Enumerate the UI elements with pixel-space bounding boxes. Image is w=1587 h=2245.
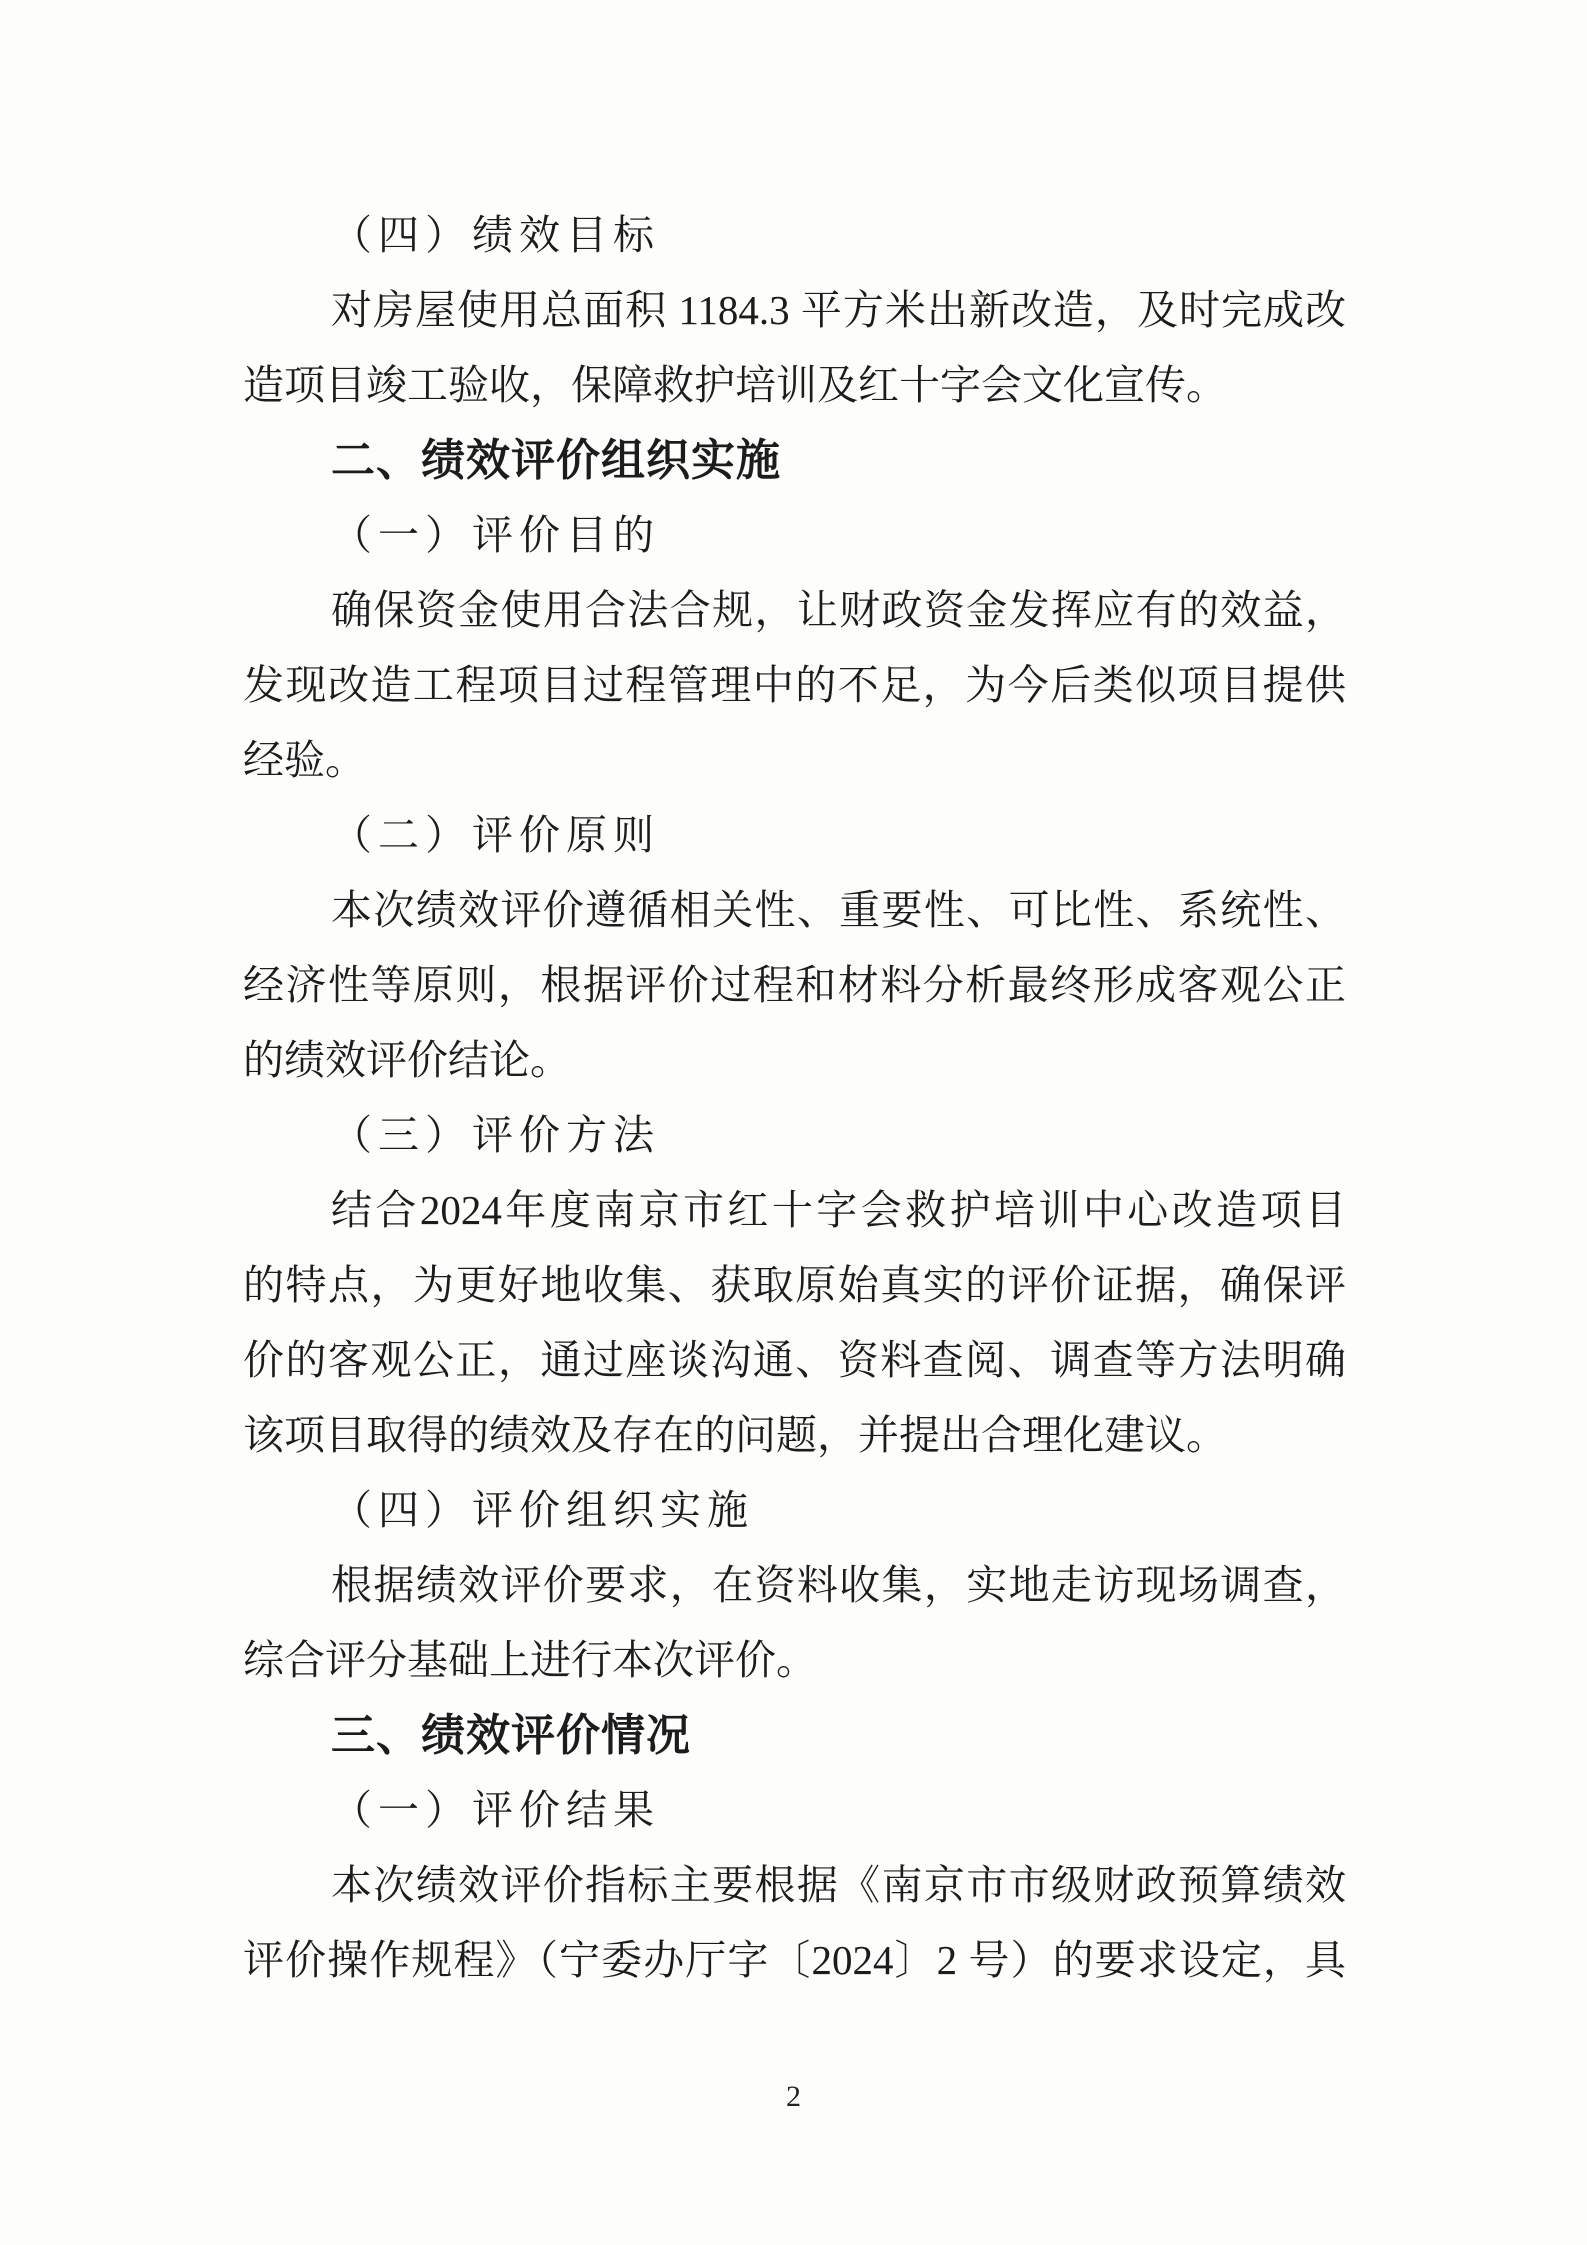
paragraph-line: 结合2024年度南京市红十字会救护培训中心改造项目: [243, 1173, 1346, 1248]
paragraph-line: 的特点，为更好地收集、获取原始真实的评价证据，确保评: [243, 1248, 1346, 1323]
paragraph-line: 经济性等原则，根据评价过程和材料分析最终形成客观公正: [243, 948, 1346, 1023]
paragraph-line: 造项目竣工验收，保障救护培训及红十字会文化宣传。: [243, 348, 1346, 423]
subheading-line: （一）评价结果: [243, 1773, 1346, 1848]
paragraph-line: 价的客观公正，通过座谈沟通、资料查阅、调查等方法明确: [243, 1323, 1346, 1398]
paragraph-line: 发现改造工程项目过程管理中的不足，为今后类似项目提供: [243, 648, 1346, 723]
subheading-line: （一）评价目的: [243, 498, 1346, 573]
paragraph-line: 综合评分基础上进行本次评价。: [243, 1623, 1346, 1698]
document-page: （四）绩效目标 对房屋使用总面积 1184.3 平方米出新改造，及时完成改 造项…: [0, 0, 1587, 2245]
paragraph-line: 经验。: [243, 723, 1346, 798]
paragraph-line: 对房屋使用总面积 1184.3 平方米出新改造，及时完成改: [243, 273, 1346, 348]
subheading-line: （四）评价组织实施: [243, 1473, 1346, 1548]
subheading-line: （二）评价原则: [243, 798, 1346, 873]
paragraph-line: 评价操作规程》（宁委办厅字〔2024〕2 号）的要求设定，具: [243, 1923, 1346, 1998]
paragraph-line: 的绩效评价结论。: [243, 1023, 1346, 1098]
paragraph-line: 确保资金使用合法合规，让财政资金发挥应有的效益，: [243, 573, 1346, 648]
heading-line: 二、绩效评价组织实施: [243, 423, 1346, 498]
subheading-line: （三）评价方法: [243, 1098, 1346, 1173]
paragraph-line: 该项目取得的绩效及存在的问题，并提出合理化建议。: [243, 1398, 1346, 1473]
paragraph-line: 本次绩效评价遵循相关性、重要性、可比性、系统性、: [243, 873, 1346, 948]
subheading-line: （四）绩效目标: [243, 198, 1346, 273]
heading-line: 三、绩效评价情况: [243, 1698, 1346, 1773]
document-body: （四）绩效目标 对房屋使用总面积 1184.3 平方米出新改造，及时完成改 造项…: [243, 198, 1346, 1998]
paragraph-line: 根据绩效评价要求，在资料收集，实地走访现场调查，: [243, 1548, 1346, 1623]
paragraph-line: 本次绩效评价指标主要根据《南京市市级财政预算绩效: [243, 1848, 1346, 1923]
page-number: 2: [0, 2080, 1587, 2114]
